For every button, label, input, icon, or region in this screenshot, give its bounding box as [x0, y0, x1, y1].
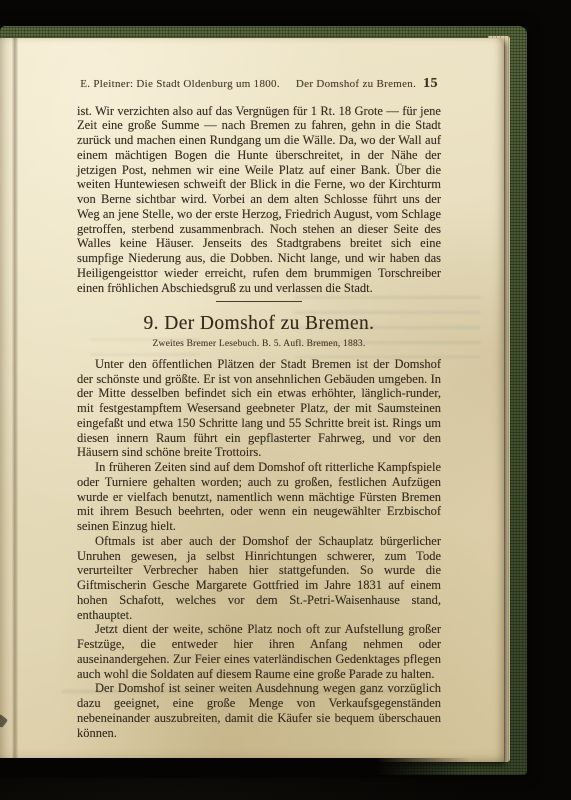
continued-paragraph: ist. Wir verzichten also auf das Vergnüg…: [77, 104, 441, 296]
page-number: 15: [423, 76, 438, 93]
page-edge-tear: [0, 714, 8, 728]
section-paragraph: Der Domshof ist seiner weiten Ausdehnung…: [77, 681, 441, 740]
photographed-book-scene: E. Pleitner: Die Stadt Oldenburg um 1800…: [0, 0, 571, 800]
section-paragraph: Unter den öffentlichen Plätzen der Stadt…: [77, 357, 441, 460]
gutter-fold: [12, 38, 18, 762]
section-source-line: Zweites Bremer Lesebuch. B. 5. Aufl. Bre…: [77, 339, 441, 350]
section-heading: 9. Der Domshof zu Bremen.: [77, 313, 441, 335]
section-paragraph: Jetzt dient der weite, schöne Platz noch…: [77, 622, 441, 681]
cover-bottom-shadow: [0, 758, 470, 778]
section-paragraph: In früheren Zeiten sind auf dem Domshof …: [77, 460, 441, 534]
book-page: E. Pleitner: Die Stadt Oldenburg um 1800…: [0, 38, 504, 762]
section-divider: [216, 301, 302, 302]
running-header: E. Pleitner: Die Stadt Oldenburg um 1800…: [77, 76, 441, 93]
section-paragraph: Oftmals ist aber auch der Domshof der Sc…: [77, 534, 441, 623]
running-header-right: Der Domshof zu Bremen.: [296, 78, 416, 91]
running-header-left: E. Pleitner: Die Stadt Oldenburg um 1800…: [80, 78, 280, 91]
text-column: E. Pleitner: Die Stadt Oldenburg um 1800…: [77, 76, 441, 740]
